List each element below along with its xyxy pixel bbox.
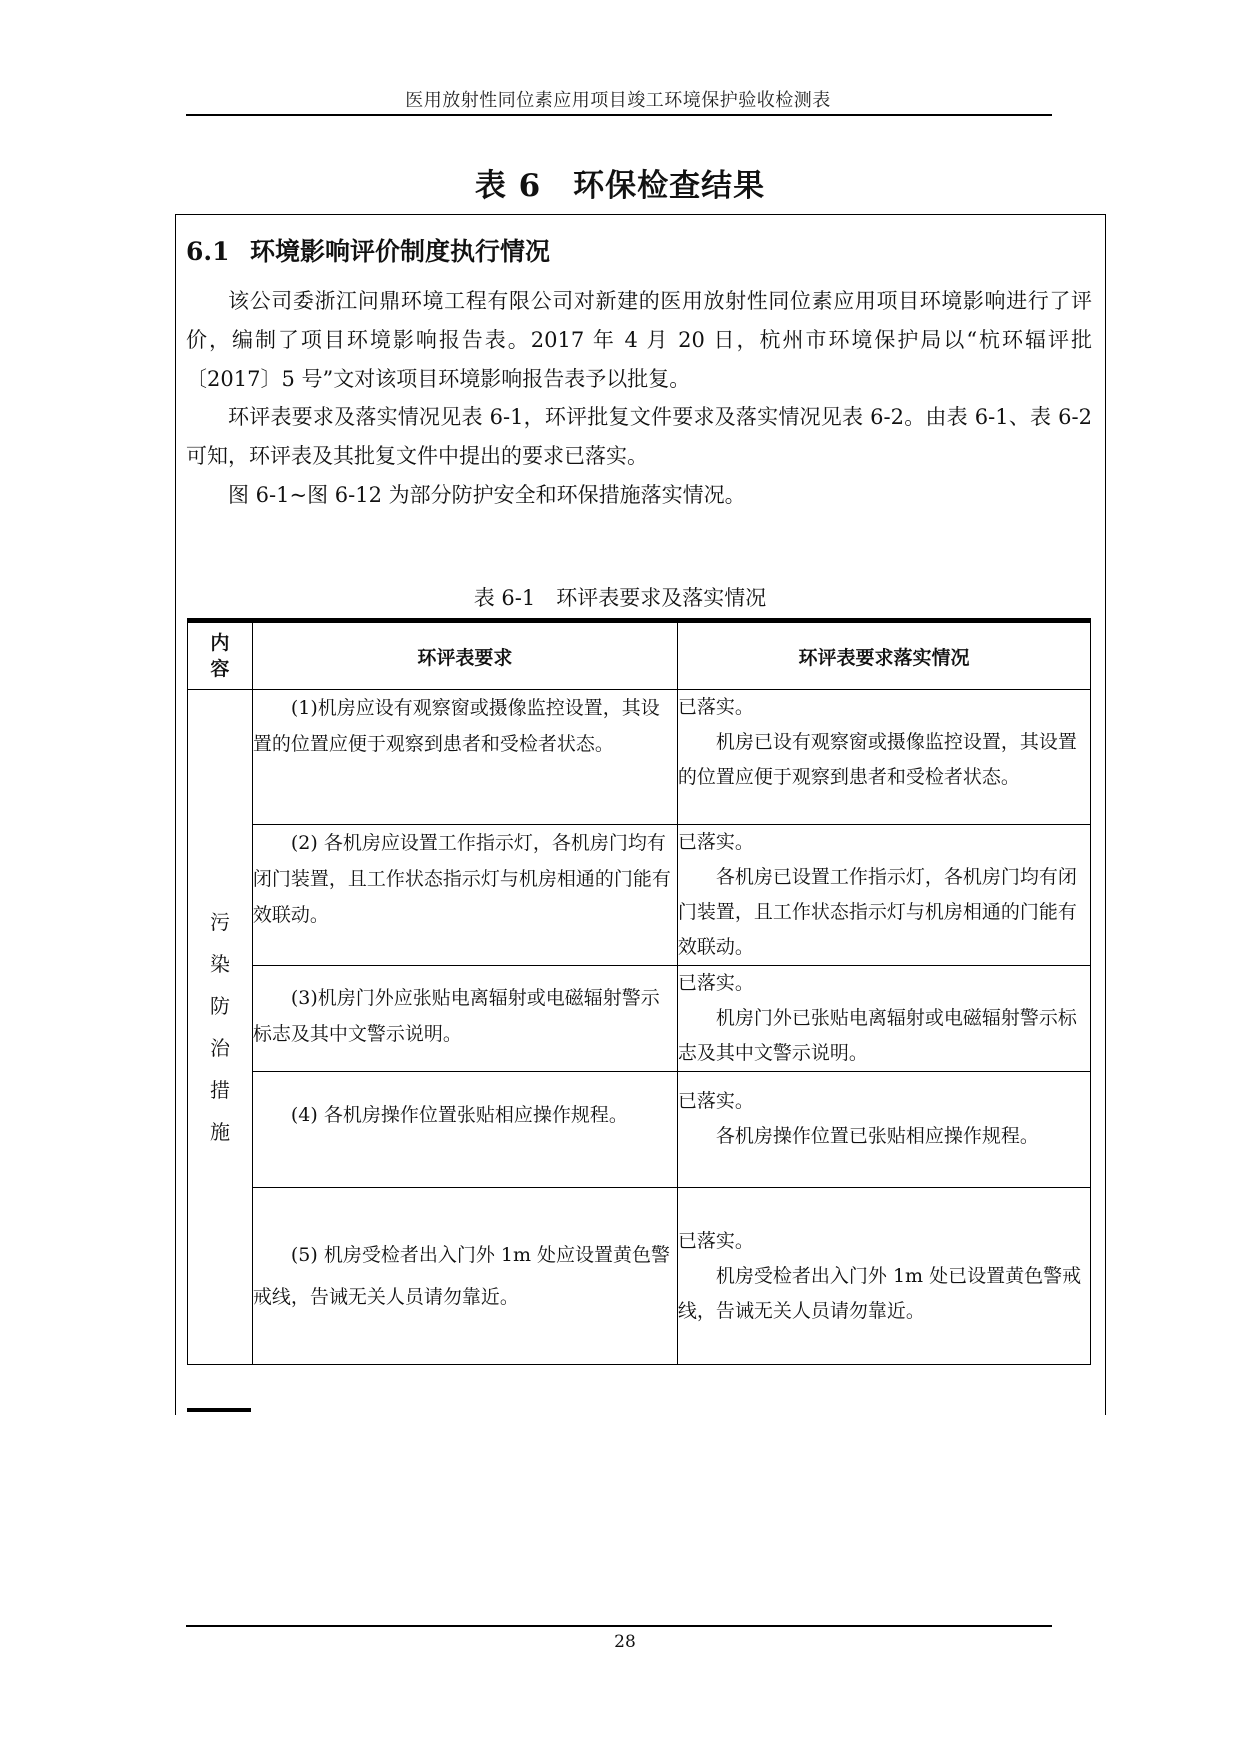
table-row: (4) 各机房操作位置张贴相应操作规程。 已落实。 各机房操作位置已张贴相应操作… [188,1072,1091,1188]
paragraph-figures-reference: 图 6-1~图 6-12 为部分防护安全和环保措施落实情况。 [186,476,1092,515]
requirement-cell: (5) 机房受检者出入门外 1m 处应设置黄色警戒线，告诫无关人员请勿靠近。 [252,1188,677,1365]
table-row: (3)机房门外应张贴电离辐射或电磁辐射警示标志及其中文警示说明。 已落实。 机房… [188,966,1091,1072]
implementation-detail: 各机房操作位置已张贴相应操作规程。 [678,1119,1090,1154]
section-number: 6.1 [186,237,250,266]
header-category-text: 内容 [210,630,230,682]
paragraph-requirements-summary: 环评表要求及落实情况见表 6-1，环评批复文件要求及落实情况见表 6-2。由表 … [186,398,1092,476]
implementation-detail: 各机房已设置工作指示灯，各机房门均有闭门装置，且工作状态指示灯与机房相通的门能有… [678,860,1090,965]
header-requirement: 环评表要求 [252,621,677,690]
section-title: 环境影响评价制度执行情况 [250,237,550,266]
header-implementation: 环评表要求落实情况 [677,621,1090,690]
requirement-cell: (4) 各机房操作位置张贴相应操作规程。 [252,1072,677,1188]
table-row: 污染防治措施 (1)机房应设有观察窗或摄像监控设置，其设置的位置应便于观察到患者… [188,690,1091,825]
requirement-cell: (1)机房应设有观察窗或摄像监控设置，其设置的位置应便于观察到患者和受检者状态。 [252,690,677,825]
table-header-row: 内容 环评表要求 环评表要求落实情况 [188,621,1091,690]
requirement-cell: (3)机房门外应张贴电离辐射或电磁辐射警示标志及其中文警示说明。 [252,966,677,1072]
requirement-text: (3)机房门外应张贴电离辐射或电磁辐射警示标志及其中文警示说明。 [253,980,677,1052]
requirements-table: 内容 环评表要求 环评表要求落实情况 污染防治措施 (1)机房应设有观察窗或摄像… [187,618,1091,1365]
table-row: (5) 机房受检者出入门外 1m 处应设置黄色警戒线，告诫无关人员请勿靠近。 已… [188,1188,1091,1365]
table-bottom-bar [187,1408,251,1412]
status-text: 已落实。 [678,966,1090,1001]
footer-rule [186,1625,1052,1627]
paragraph-eia-overview: 该公司委浙江问鼎环境工程有限公司对新建的医用放射性同位素应用项目环境影响进行了评… [186,282,1092,399]
requirement-cell: (2) 各机房应设置工作指示灯，各机房门均有闭门装置，且工作状态指示灯与机房相通… [252,825,677,966]
header-rule [186,114,1052,116]
implementation-cell: 已落实。 机房门外已张贴电离辐射或电磁辐射警示标志及其中文警示说明。 [677,966,1090,1072]
status-text: 已落实。 [678,825,1090,860]
implementation-cell: 已落实。 各机房已设置工作指示灯，各机房门均有闭门装置，且工作状态指示灯与机房相… [677,825,1090,966]
category-label: 污染防治措施 [209,901,231,1153]
status-text: 已落实。 [678,690,1090,725]
implementation-cell: 已落实。 机房已设有观察窗或摄像监控设置，其设置的位置应便于观察到患者和受检者状… [677,690,1090,825]
implementation-detail: 机房门外已张贴电离辐射或电磁辐射警示标志及其中文警示说明。 [678,1001,1090,1071]
table-caption: 表 6-1 环评表要求及落实情况 [0,582,1240,612]
page-title: 表 6 环保检查结果 [0,160,1240,205]
implementation-cell: 已落实。 各机房操作位置已张贴相应操作规程。 [677,1072,1090,1188]
running-header: 医用放射性同位素应用项目竣工环境保护验收检测表 [186,86,1050,112]
page-number: 28 [0,1632,1240,1652]
status-text: 已落实。 [678,1084,1090,1119]
category-cell: 污染防治措施 [188,690,253,1365]
requirement-text: (5) 机房受检者出入门外 1m 处应设置黄色警戒线，告诫无关人员请勿靠近。 [253,1234,677,1318]
implementation-detail: 机房已设有观察窗或摄像监控设置，其设置的位置应便于观察到患者和受检者状态。 [678,725,1090,795]
table-row: (2) 各机房应设置工作指示灯，各机房门均有闭门装置，且工作状态指示灯与机房相通… [188,825,1091,966]
implementation-cell: 已落实。 机房受检者出入门外 1m 处已设置黄色警戒线，告诫无关人员请勿靠近。 [677,1188,1090,1365]
header-category: 内容 [188,621,253,690]
requirement-text: (1)机房应设有观察窗或摄像监控设置，其设置的位置应便于观察到患者和受检者状态。 [253,690,677,762]
status-text: 已落实。 [678,1224,1090,1259]
section-heading: 6.1环境影响评价制度执行情况 [186,232,550,268]
requirement-text: (2) 各机房应设置工作指示灯，各机房门均有闭门装置，且工作状态指示灯与机房相通… [253,825,677,933]
implementation-detail: 机房受检者出入门外 1m 处已设置黄色警戒线，告诫无关人员请勿靠近。 [678,1259,1090,1329]
requirement-text: (4) 各机房操作位置张贴相应操作规程。 [253,1092,677,1138]
